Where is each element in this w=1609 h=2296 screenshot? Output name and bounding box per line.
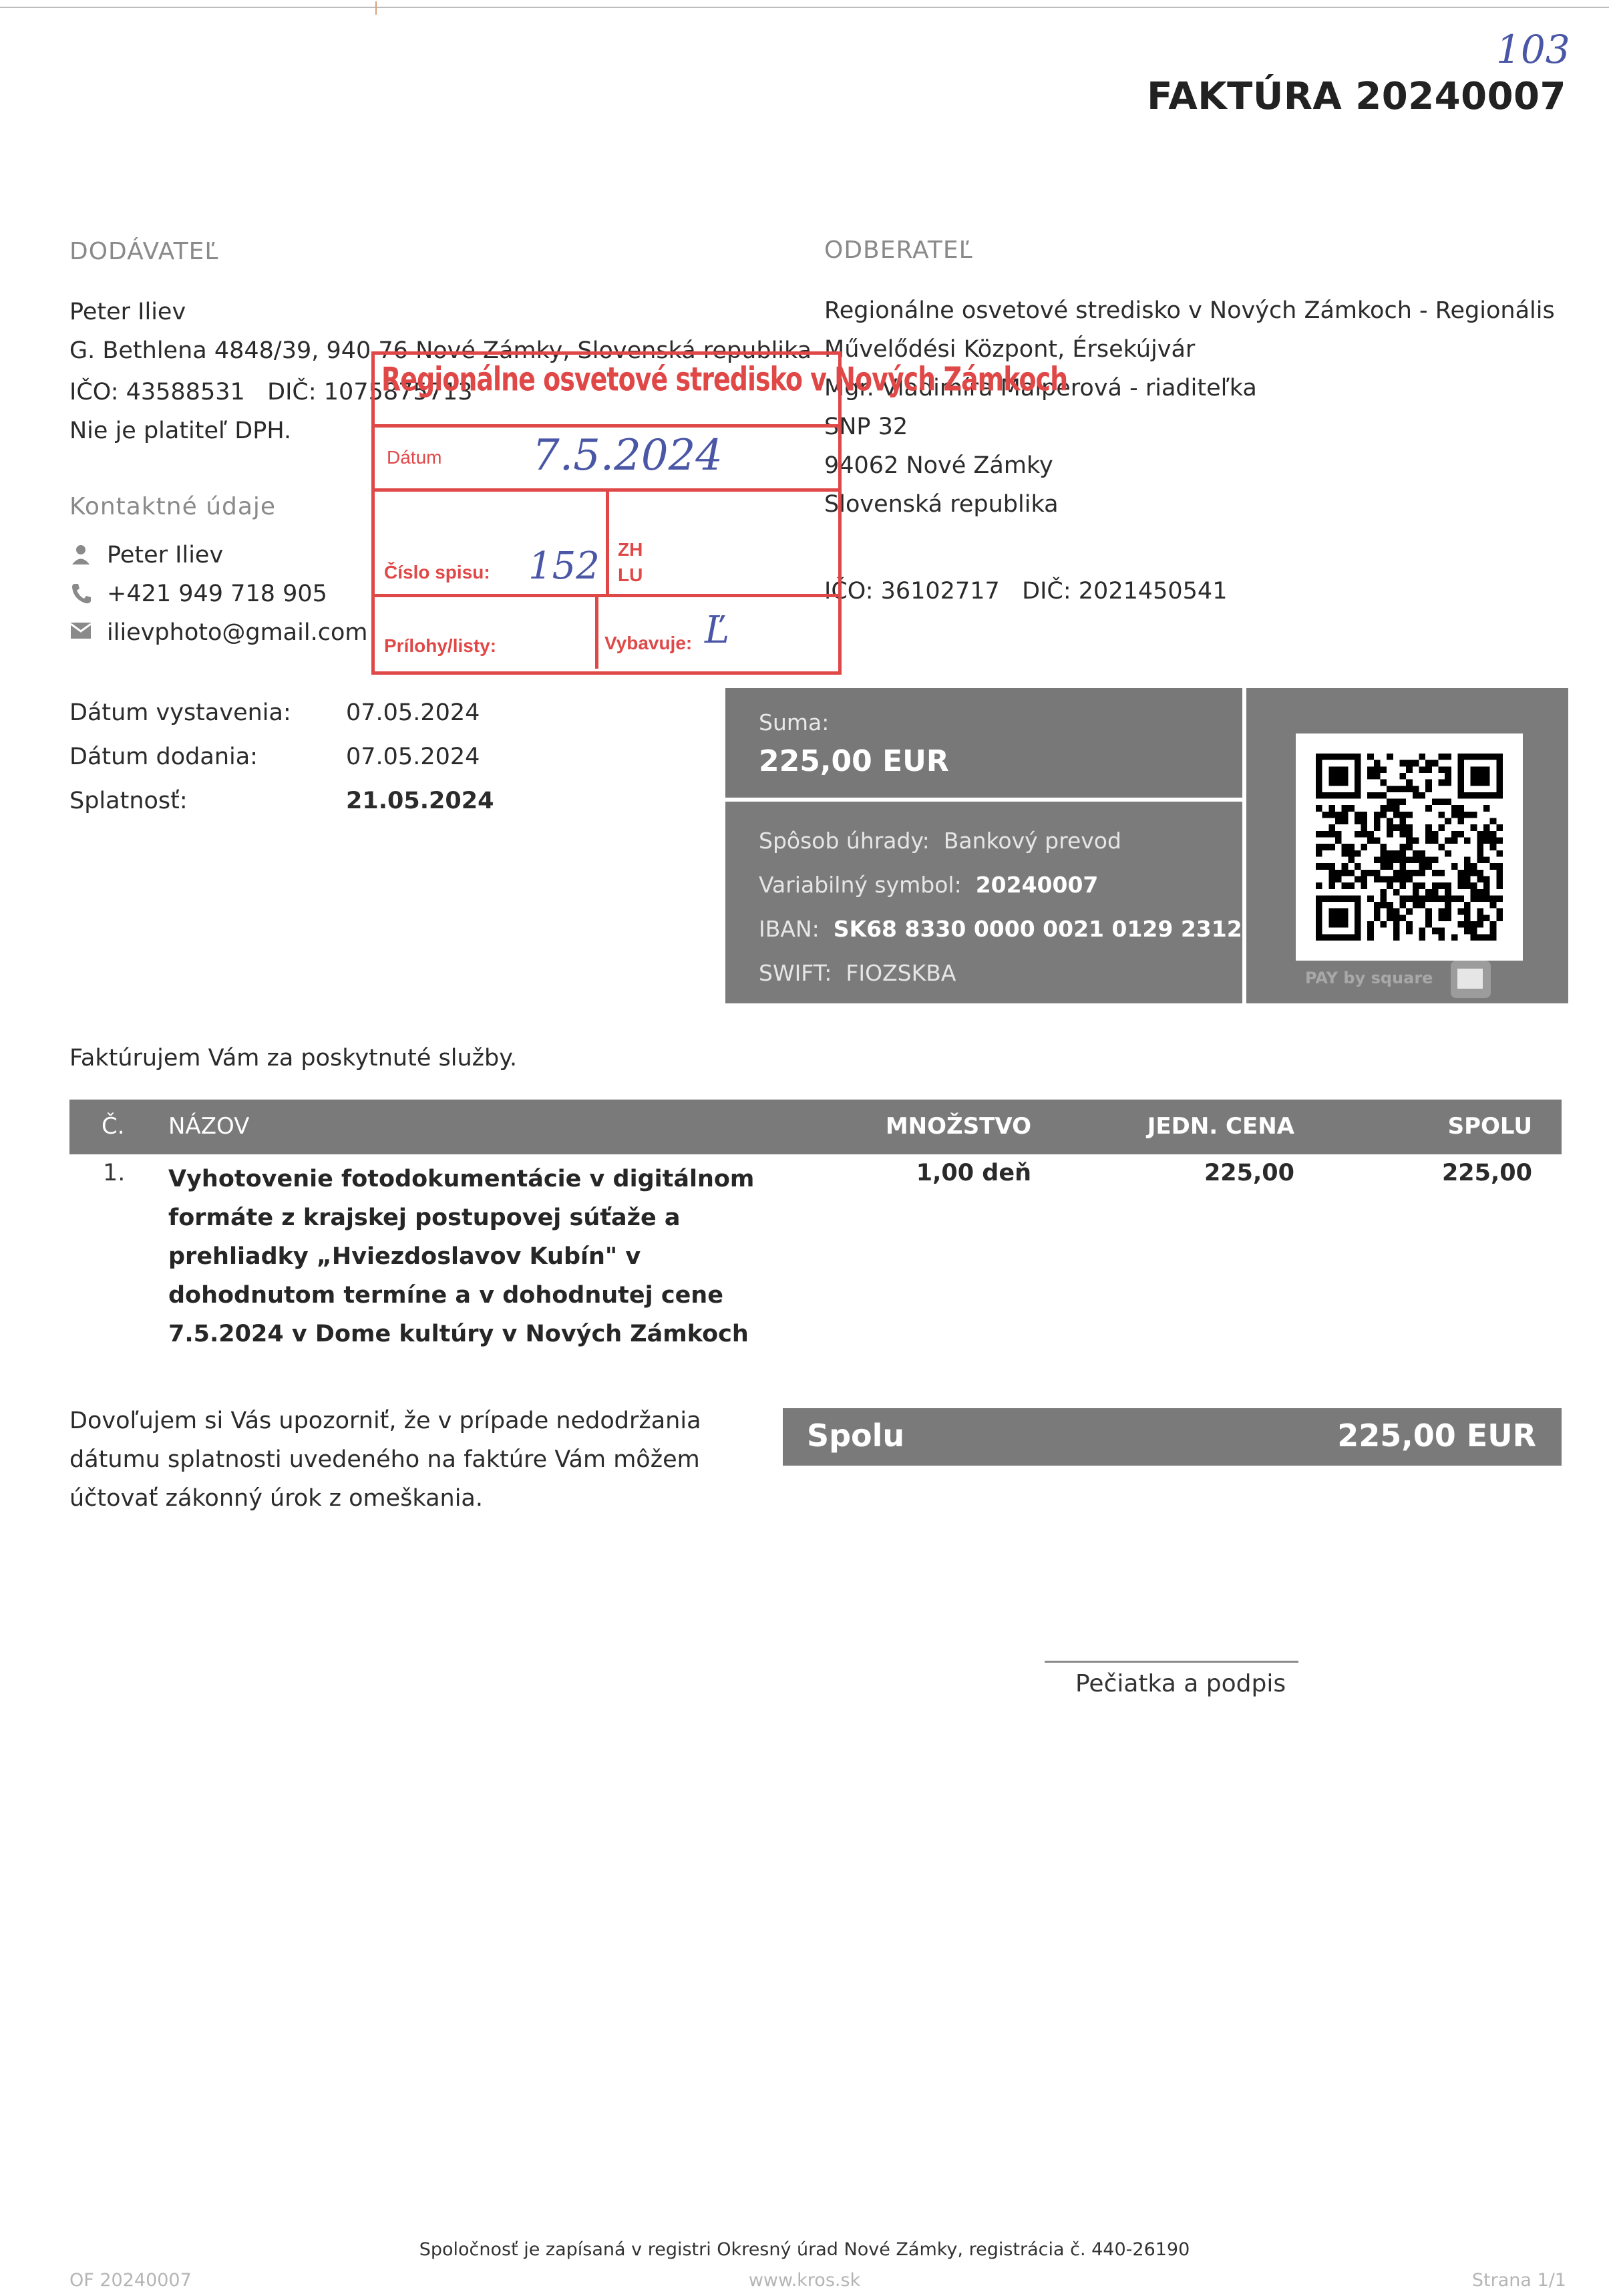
- variable-symbol-row: Variabilný symbol: 20240007: [759, 863, 1242, 907]
- person-icon: [69, 544, 92, 566]
- grand-total-bar: Spolu 225,00 EUR: [783, 1408, 1562, 1466]
- swift-row: SWIFT: FIOZSKBA: [759, 951, 1242, 995]
- customer-line: Regionálne osvetové stredisko v Nových Z…: [824, 291, 1555, 330]
- stamp-divider: [595, 594, 598, 669]
- qr-code: [1296, 733, 1523, 961]
- stamp-handler-initials: Ľ: [705, 609, 729, 652]
- payment-method-row: Spôsob úhrady: Bankový prevod: [759, 819, 1242, 863]
- stamp-attachments-label: Prílohy/listy:: [384, 635, 496, 657]
- customer-line: 94062 Nové Zámky: [824, 446, 1555, 485]
- contact-email[interactable]: ilievphoto@gmail.com: [107, 619, 367, 646]
- intro-text: Faktúrujem Vám za poskytnuté služby.: [69, 1045, 517, 1072]
- stamp-file-value: 152: [528, 544, 600, 588]
- phone-icon: [69, 583, 92, 605]
- contact-email-row: ilievphoto@gmail.com: [69, 613, 367, 652]
- date-label: Dátum dodania:: [69, 735, 346, 779]
- contact-phone-row: +421 949 718 905: [69, 575, 367, 613]
- supplier-label: DODÁVATEĽ: [69, 238, 218, 265]
- stamp-title: Regionálne osvetové stredisko v Nových Z…: [381, 360, 836, 398]
- payment-box: Suma: 225,00 EUR Spôsob úhrady: Bankový …: [725, 688, 1568, 1003]
- late-payment-notice: Dovoľujem si Vás upozorniť, že v prípade…: [69, 1402, 777, 1518]
- contact-phone[interactable]: +421 949 718 905: [107, 581, 327, 607]
- footer-registration: Spoločnosť je zapísaná v registri Okresn…: [0, 2239, 1609, 2260]
- column-header: JEDN. CENA: [1147, 1113, 1294, 1140]
- stamp-code-bottom: LU: [618, 564, 643, 586]
- date-value: 07.05.2024: [346, 691, 494, 735]
- contact-person: Peter Iliev: [107, 542, 223, 568]
- stamp-file-label: Číslo spisu:: [384, 562, 490, 583]
- iban-value: SK68 8330 0000 0021 0129 2312: [834, 916, 1242, 942]
- grand-total-value: 225,00 EUR: [1337, 1418, 1536, 1454]
- grand-total-label: Spolu: [807, 1418, 904, 1454]
- customer-line: SNP 32: [824, 407, 1555, 446]
- date-row-delivered: Dátum dodania: 07.05.2024: [69, 735, 494, 779]
- due-date-value: 21.05.2024: [346, 779, 494, 823]
- stamp-code-top: ZH: [618, 539, 643, 560]
- customer-ico: IČO: 36102717: [824, 578, 1000, 605]
- pay-by-square-caption: PAY by square: [1305, 969, 1433, 987]
- footer-website[interactable]: www.kros.sk: [0, 2270, 1609, 2291]
- customer-label: ODBERATEĽ: [824, 236, 973, 264]
- mail-icon: [69, 621, 92, 644]
- date-value: 07.05.2024: [346, 735, 494, 779]
- sum-label: Suma:: [759, 709, 829, 735]
- variable-symbol-label: Variabilný symbol:: [759, 872, 962, 898]
- fold-mark: [375, 1, 377, 15]
- item-total: 225,00: [1442, 1160, 1532, 1186]
- customer-dic: DIČ: 2021450541: [1022, 578, 1227, 605]
- divider: [1242, 688, 1246, 1003]
- stamp-date-value: 7.5.2024: [532, 431, 723, 480]
- date-label: Dátum vystavenia:: [69, 691, 346, 735]
- variable-symbol-value: 20240007: [976, 872, 1099, 898]
- payment-method-value: Bankový prevod: [944, 828, 1121, 854]
- stamp-divider: [375, 424, 838, 428]
- qr-code-icon: [1316, 754, 1503, 941]
- items-table-header: Č. NÁZOV MNOŽSTVO JEDN. CENA SPOLU: [69, 1100, 1562, 1154]
- sum-value: 225,00 EUR: [759, 744, 949, 778]
- supplier-ico: IČO: 43588531: [69, 379, 245, 405]
- customer-ids: IČO: 36102717 DIČ: 2021450541: [824, 572, 1555, 611]
- invoice-title: FAKTÚRA 20240007: [1147, 75, 1566, 118]
- swift-value: FIOZSKBA: [846, 960, 956, 986]
- stamp-handler-label: Vybavuje:: [604, 633, 692, 654]
- date-row-due: Splatnosť: 21.05.2024: [69, 779, 494, 823]
- customer-block: Regionálne osvetové stredisko v Nových Z…: [824, 291, 1555, 611]
- footer-page-number: Strana 1/1: [1472, 2270, 1566, 2291]
- column-header: Č.: [102, 1113, 125, 1140]
- iban-row: IBAN: SK68 8330 0000 0021 0129 2312: [759, 907, 1242, 951]
- contact-block: Peter Iliev +421 949 718 905 ilievphoto@…: [69, 536, 367, 652]
- handwritten-number: 103: [1496, 27, 1570, 72]
- qr-panel: PAY by square: [1252, 708, 1563, 994]
- iban-label: IBAN:: [759, 916, 820, 942]
- payment-details: Spôsob úhrady: Bankový prevod Variabilný…: [759, 819, 1242, 995]
- stamp-divider: [375, 594, 838, 597]
- column-header: MNOŽSTVO: [886, 1113, 1031, 1140]
- item-name: Vyhotovenie fotodokumentácie v digitálno…: [168, 1160, 769, 1353]
- customer-line: Slovenská republika: [824, 485, 1555, 524]
- contact-label: Kontaktné údaje: [69, 493, 276, 520]
- item-quantity: 1,00 deň: [916, 1160, 1031, 1186]
- stamp-date-label: Dátum: [387, 447, 441, 468]
- column-header: SPOLU: [1448, 1113, 1532, 1140]
- registry-stamp: Regionálne osvetové stredisko v Nových Z…: [371, 351, 842, 675]
- date-row-issued: Dátum vystavenia: 07.05.2024: [69, 691, 494, 735]
- contact-person-row: Peter Iliev: [69, 536, 367, 575]
- item-unit-price: 225,00: [1204, 1160, 1294, 1186]
- column-header: NÁZOV: [168, 1113, 249, 1140]
- swift-label: SWIFT:: [759, 960, 832, 986]
- item-number: 1.: [103, 1160, 125, 1186]
- sum-panel: [725, 688, 1242, 798]
- stamp-divider: [606, 488, 609, 595]
- pay-by-square-logo-icon: [1451, 961, 1491, 998]
- invoice-dates: Dátum vystavenia: 07.05.2024 Dátum dodan…: [69, 691, 494, 823]
- divider: [725, 798, 1245, 802]
- supplier-name: Peter Iliev: [69, 293, 812, 331]
- date-label: Splatnosť:: [69, 779, 346, 823]
- signature-line: [1045, 1661, 1298, 1663]
- page-top-edge: [0, 7, 1609, 8]
- signature-label: Pečiatka a podpis: [1075, 1670, 1286, 1697]
- payment-method-label: Spôsob úhrady:: [759, 828, 930, 854]
